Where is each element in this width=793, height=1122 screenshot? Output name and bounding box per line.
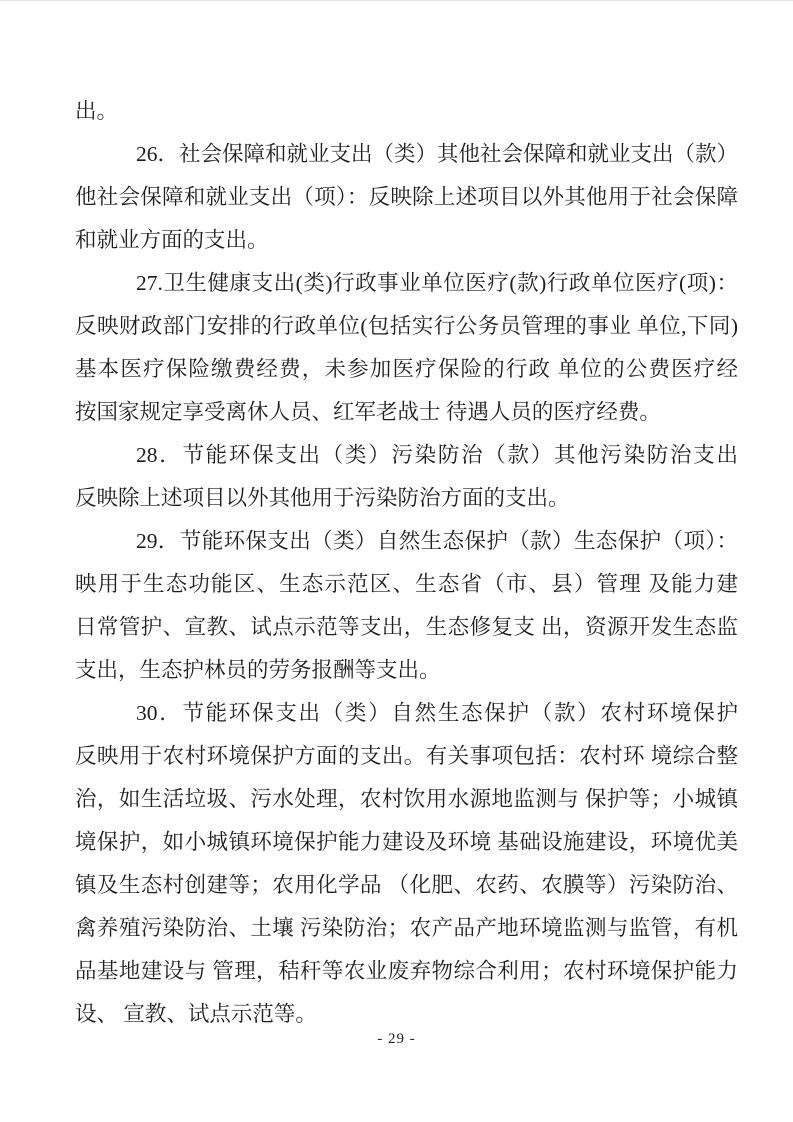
text-line: 反映用于农村环境保护方面的支出。有关事项包括：农村环 境综合整 xyxy=(75,735,738,778)
text-line: 27.卫生健康支出(类)行政事业单位医疗(款)行政单位医疗(项)： xyxy=(75,262,738,305)
text-line: 和就业方面的支出。 xyxy=(75,219,738,262)
text-line: 按国家规定享受离休人员、红军老战士 待遇人员的医疗经费。 xyxy=(75,391,738,434)
text-line: 镇及生态村创建等；农用化学品 （化肥、农药、农膜等）污染防治、畜 xyxy=(75,864,738,907)
text-line: 映用于生态功能区、生态示范区、生态省（市、县）管理 及能力建设、 xyxy=(75,563,738,606)
text-line: 反映除上述项目以外其他用于污染防治方面的支出。 xyxy=(75,477,738,520)
text-line: 反映财政部门安排的行政单位(包括实行公务员管理的事业 单位,下同) xyxy=(75,305,738,348)
text-line: 他社会保障和就业支出（项）：反映除上述项目以外其他用于社会保障 xyxy=(75,176,738,219)
text-line: 品基地建设与 管理，秸秆等农业废弃物综合利用；农村环境保护能力建 xyxy=(75,950,738,993)
text-line: 28．节能环保支出（类）污染防治（款）其他污染防治支出（项）： xyxy=(75,434,738,477)
document-page: 出。26．社会保障和就业支出（类）其他社会保障和就业支出（款）其他社会保障和就业… xyxy=(0,0,793,1122)
page-number: - 29 - xyxy=(0,1031,793,1048)
text-line: 26．社会保障和就业支出（类）其他社会保障和就业支出（款）其 xyxy=(75,133,738,176)
text-line: 禽养殖污染防治、土壤 污染防治；农产品产地环境监测与监管，有机食 xyxy=(75,907,738,950)
text-line: 出。 xyxy=(75,90,738,133)
text-line: 日常管护、宣教、试点示范等支出，生态修复支 出，资源开发生态监管 xyxy=(75,606,738,649)
text-line: 治，如生活垃圾、污水处理，农村饮用水源地监测与 保护等；小城镇环 xyxy=(75,778,738,821)
text-line: 29．节能环保支出（类）自然生态保护（款）生态保护（项）：反 xyxy=(75,520,738,563)
text-line: 30．节能环保支出（类）自然生态保护（款）农村环境保护（项）： xyxy=(75,692,738,735)
text-line: 境保护，如小城镇环境保护能力建设及环境 基础设施建设，环境优美乡 xyxy=(75,821,738,864)
text-line: 设、 宣教、试点示范等。 xyxy=(75,993,738,1036)
document-body: 出。26．社会保障和就业支出（类）其他社会保障和就业支出（款）其他社会保障和就业… xyxy=(75,90,738,1036)
text-line: 基本医疗保险缴费经费，未参加医疗保险的行政 单位的公费医疗经费， xyxy=(75,348,738,391)
text-line: 支出，生态护林员的劳务报酬等支出。 xyxy=(75,649,738,692)
